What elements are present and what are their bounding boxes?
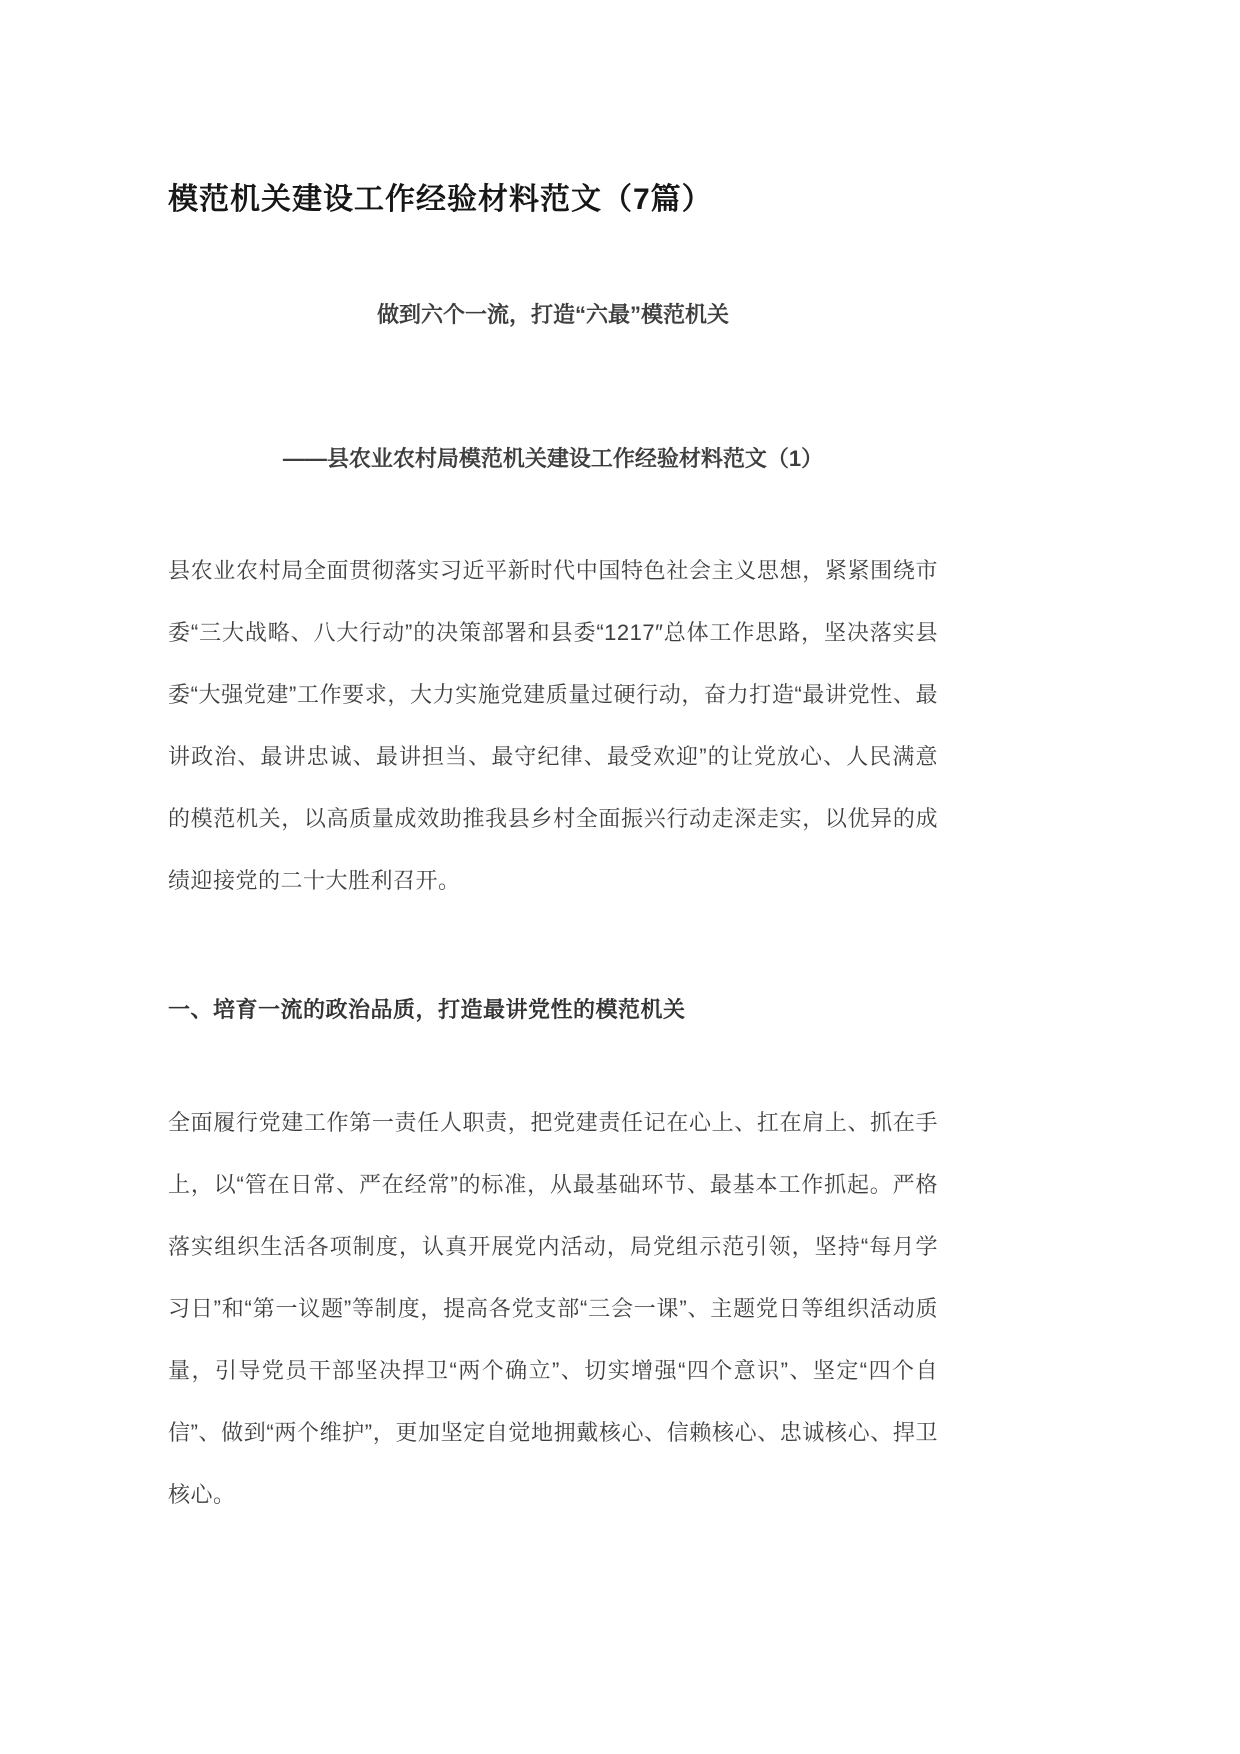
document-subtitle: 做到六个一流，打造“六最”模范机关: [168, 298, 938, 332]
document-byline: ——县农业农村局模范机关建设工作经验材料范文（1）: [168, 442, 938, 476]
paragraph-2: 全面履行党建工作第一责任人职责，把党建责任记在心上、扛在肩上、抓在手上，以“管在…: [168, 1092, 938, 1526]
document-page: 模范机关建设工作经验材料范文（7篇） 做到六个一流，打造“六最”模范机关 ——县…: [0, 0, 1240, 1754]
document-title: 模范机关建设工作经验材料范文（7篇）: [168, 178, 938, 222]
paragraph-1: 县农业农村局全面贯彻落实习近平新时代中国特色社会主义思想，紧紧围绕市委“三大战略…: [168, 540, 938, 912]
document-content: 模范机关建设工作经验材料范文（7篇） 做到六个一流，打造“六最”模范机关 ——县…: [168, 0, 938, 1526]
section-1-heading: 一、培育一流的政治品质，打造最讲党性的模范机关: [168, 992, 938, 1028]
